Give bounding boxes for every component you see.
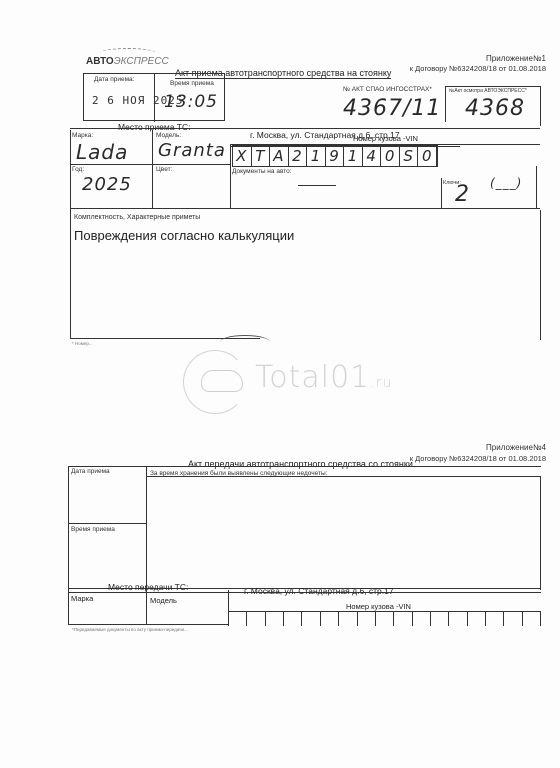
vin-cell: 2 bbox=[289, 146, 308, 166]
act4-vehicle-table: Марка Модель Номер кузова -VIN bbox=[68, 590, 541, 626]
act4-defects-label: За время хранения были выявлены следующи… bbox=[150, 470, 328, 477]
vin-cell bbox=[504, 612, 522, 626]
act1-appendix: Приложение№1 bbox=[486, 54, 546, 63]
act-avto-label: №Акт осмотра АВТОЭКСПРЕСС* bbox=[449, 88, 527, 94]
vin-cell bbox=[266, 612, 284, 626]
vin-cell bbox=[302, 612, 320, 626]
date-time-block: Дата приема: 2 6 НОЯ 2025 Время приема 1… bbox=[83, 73, 225, 121]
act-avto-value: 4368 bbox=[465, 96, 525, 121]
docs-label: Документы на авто: bbox=[232, 168, 292, 175]
vin-cell bbox=[449, 612, 467, 626]
vin-cell: 1 bbox=[307, 146, 326, 166]
vin-cell bbox=[431, 612, 449, 626]
year-value: 2025 bbox=[82, 174, 132, 195]
logo-thin: ЭКСПРЕСС bbox=[114, 56, 169, 67]
keys-value: 2 bbox=[455, 182, 470, 207]
act4-contract: к Договору №6324208/18 от 01.08.2018 bbox=[410, 454, 546, 463]
vin-cell: 1 bbox=[344, 146, 363, 166]
make-value: Lada bbox=[76, 140, 128, 164]
year-label: Год: bbox=[72, 166, 84, 173]
act-numbers-block: № АКТ СПАО ИНГОССТРАХ* 4367/11 №Акт осмо… bbox=[315, 86, 540, 126]
act4-model-label: Модель bbox=[150, 596, 177, 605]
act-ingos-value: 4367/11 bbox=[343, 96, 441, 121]
car-icon bbox=[201, 370, 243, 392]
vin-cell bbox=[229, 612, 247, 626]
vin-cell bbox=[486, 612, 504, 626]
act4-make-label: Марка bbox=[71, 594, 93, 603]
watermark: Total01.ru bbox=[183, 350, 393, 414]
color-label: Цвет: bbox=[156, 166, 172, 173]
vin-cell: 4 bbox=[363, 146, 382, 166]
act4-vin-label: Номер кузова -VIN bbox=[346, 602, 411, 611]
signature-stroke bbox=[220, 335, 270, 349]
watermark-brand: Total01 bbox=[255, 360, 370, 395]
docs-dash bbox=[298, 185, 336, 186]
vin-cell bbox=[358, 612, 376, 626]
vin-cell: T bbox=[252, 146, 271, 166]
vin-cell: 0 bbox=[381, 146, 400, 166]
model-label: Модель: bbox=[156, 132, 181, 139]
act4-footnote: *Передаваемые документы по акту приема-п… bbox=[72, 627, 188, 632]
act4-appendix: Приложение№4 bbox=[486, 443, 546, 452]
features-block: Комплектность, Характерные приметы Повре… bbox=[70, 210, 542, 340]
model-value: Granta bbox=[158, 140, 226, 161]
vin-cell: 0 bbox=[418, 146, 437, 166]
vin-cell: X bbox=[233, 146, 252, 166]
vin-cell bbox=[247, 612, 265, 626]
vin-cell bbox=[376, 612, 394, 626]
company-logo: АВТОЭКСПРЕСС bbox=[86, 56, 169, 67]
vin-cell bbox=[339, 612, 357, 626]
vin-cell: S bbox=[400, 146, 419, 166]
vin-cell bbox=[284, 612, 302, 626]
keys-extra: (___) bbox=[490, 176, 522, 190]
vin-cell bbox=[394, 612, 412, 626]
act4-time-label: Время приема bbox=[71, 526, 115, 533]
act4-date-label: Дата приема bbox=[71, 468, 110, 475]
features-label: Комплектность, Характерные приметы bbox=[74, 214, 200, 221]
vin-cell bbox=[523, 612, 541, 626]
act1-contract: к Договору №6324208/18 от 01.08.2018 bbox=[410, 64, 546, 73]
watermark-suffix: .ru bbox=[370, 375, 392, 391]
time-value: 13:05 bbox=[164, 92, 218, 112]
time-label: Время приема bbox=[170, 80, 214, 87]
vin-cell: 9 bbox=[326, 146, 345, 166]
act4-vin-cells-row bbox=[228, 612, 541, 626]
make-label: Марка: bbox=[72, 132, 93, 139]
logo-bold: АВТО bbox=[86, 56, 114, 67]
vehicle-table: Марка: Lada Модель: Granta Год: 2025 Цве… bbox=[70, 130, 540, 210]
vin-cell bbox=[468, 612, 486, 626]
vin-label: Номер кузова -VIN bbox=[353, 134, 418, 143]
vin-cells-row: XTA219140S0 bbox=[232, 145, 438, 167]
act-ingos-label: № АКТ СПАО ИНГОССТРАХ* bbox=[343, 86, 432, 93]
watermark-text: Total01.ru bbox=[255, 360, 392, 395]
vin-cell bbox=[413, 612, 431, 626]
act4-defects-table: Дата приема Время приема За время хранен… bbox=[68, 466, 541, 590]
date-label: Дата приема: bbox=[94, 76, 134, 83]
vin-cell bbox=[321, 612, 339, 626]
vin-cell: A bbox=[270, 146, 289, 166]
features-value: Повреждения согласно калькуляции bbox=[74, 228, 294, 243]
act1-footnote: * Номер... bbox=[72, 341, 93, 346]
